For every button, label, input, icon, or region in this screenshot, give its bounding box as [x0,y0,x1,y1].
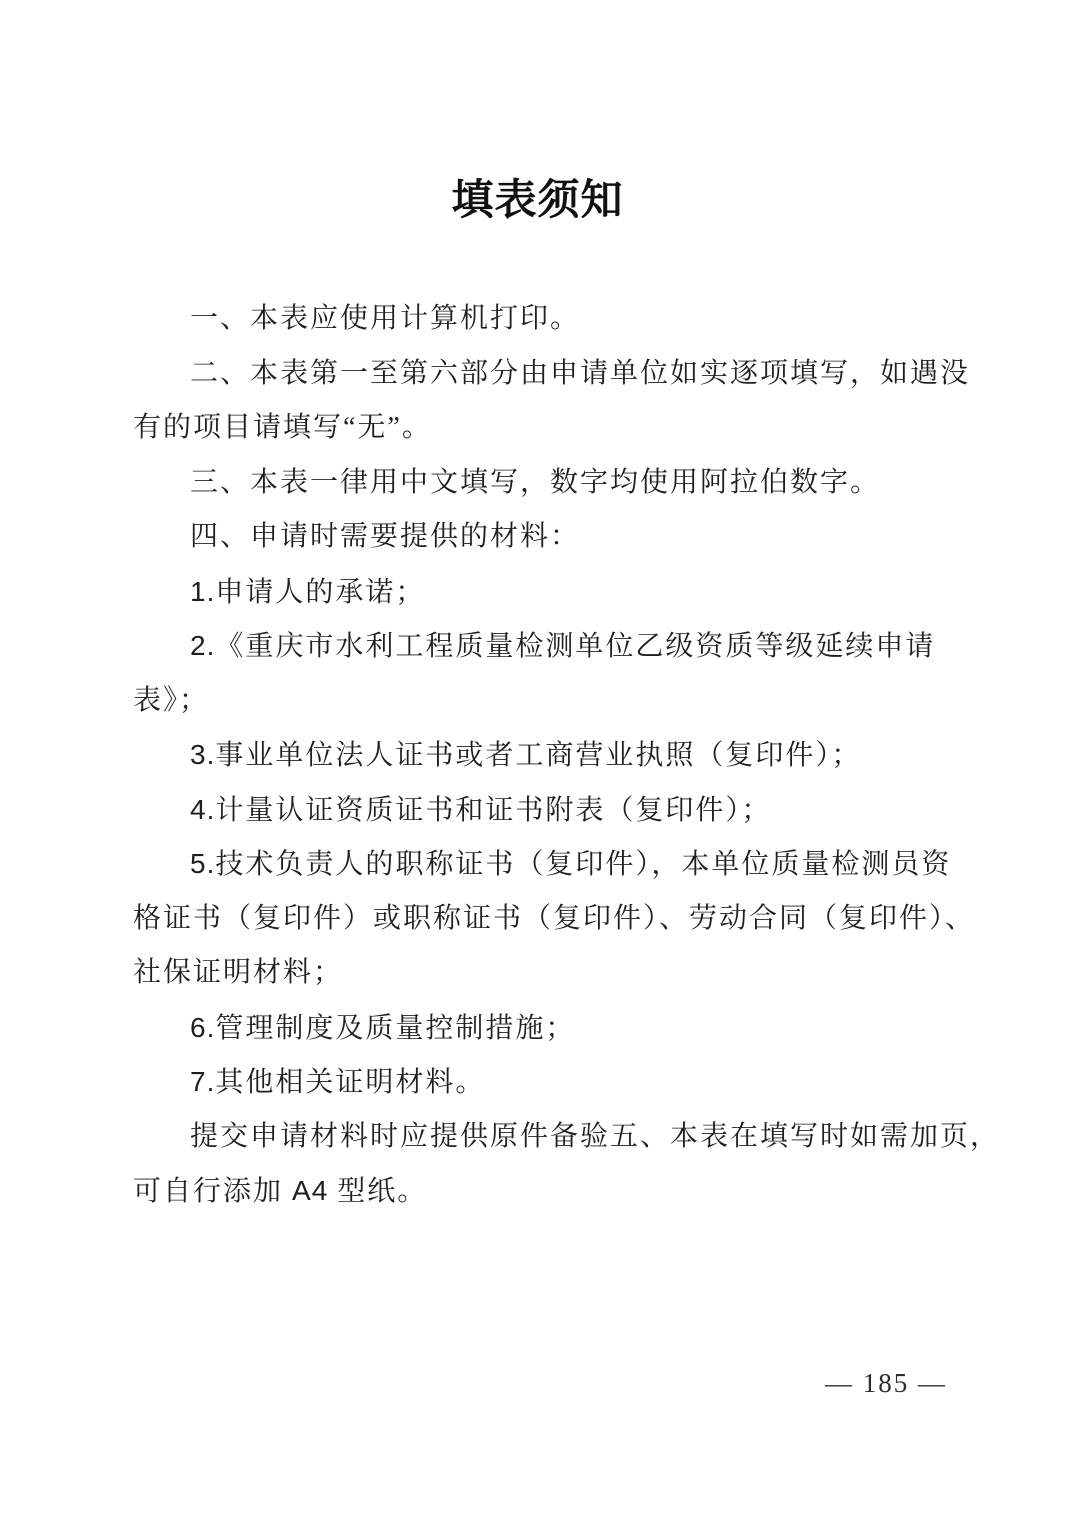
body-line: 表》； [133,674,1015,729]
body-line: 7.其他相关证明材料。 [133,1055,1015,1110]
body-line: 二、本表第一至第六部分由申请单位如实逐项填写，如遇没 [133,347,1015,402]
body-line: 社保证明材料； [133,946,1015,1001]
body-line: 1.申请人的承诺； [133,565,1015,620]
body-line: 一、本表应使用计算机打印。 [133,292,1015,347]
document-body: 一、本表应使用计算机打印。二、本表第一至第六部分由申请单位如实逐项填写，如遇没有… [133,292,1015,1219]
page-number: — 185 — [825,1367,947,1399]
body-line: 三、本表一律用中文填写，数字均使用阿拉伯数字。 [133,456,1015,511]
page-title: 填表须知 [0,176,1075,226]
body-line: 提交申请材料时应提供原件备验五、本表在填写时如需加页， [133,1110,1015,1165]
body-line: 2.《重庆市水利工程质量检测单位乙级资质等级延续申请 [133,619,1015,674]
body-line: 格证书（复印件）或职称证书（复印件）、劳动合同（复印件）、 [133,892,1015,947]
body-line: 有的项目请填写“无”。 [133,401,1015,456]
body-line: 3.事业单位法人证书或者工商营业执照（复印件）； [133,728,1015,783]
body-line: 可自行添加 A4 型纸。 [133,1164,1015,1219]
body-line: 四、申请时需要提供的材料： [133,510,1015,565]
body-line: 6.管理制度及质量控制措施； [133,1001,1015,1056]
body-line: 4.计量认证资质证书和证书附表（复印件）； [133,783,1015,838]
body-line: 5.技术负责人的职称证书（复印件），本单位质量检测员资 [133,837,1015,892]
document-page: 填表须知 一、本表应使用计算机打印。二、本表第一至第六部分由申请单位如实逐项填写… [0,0,1075,1519]
